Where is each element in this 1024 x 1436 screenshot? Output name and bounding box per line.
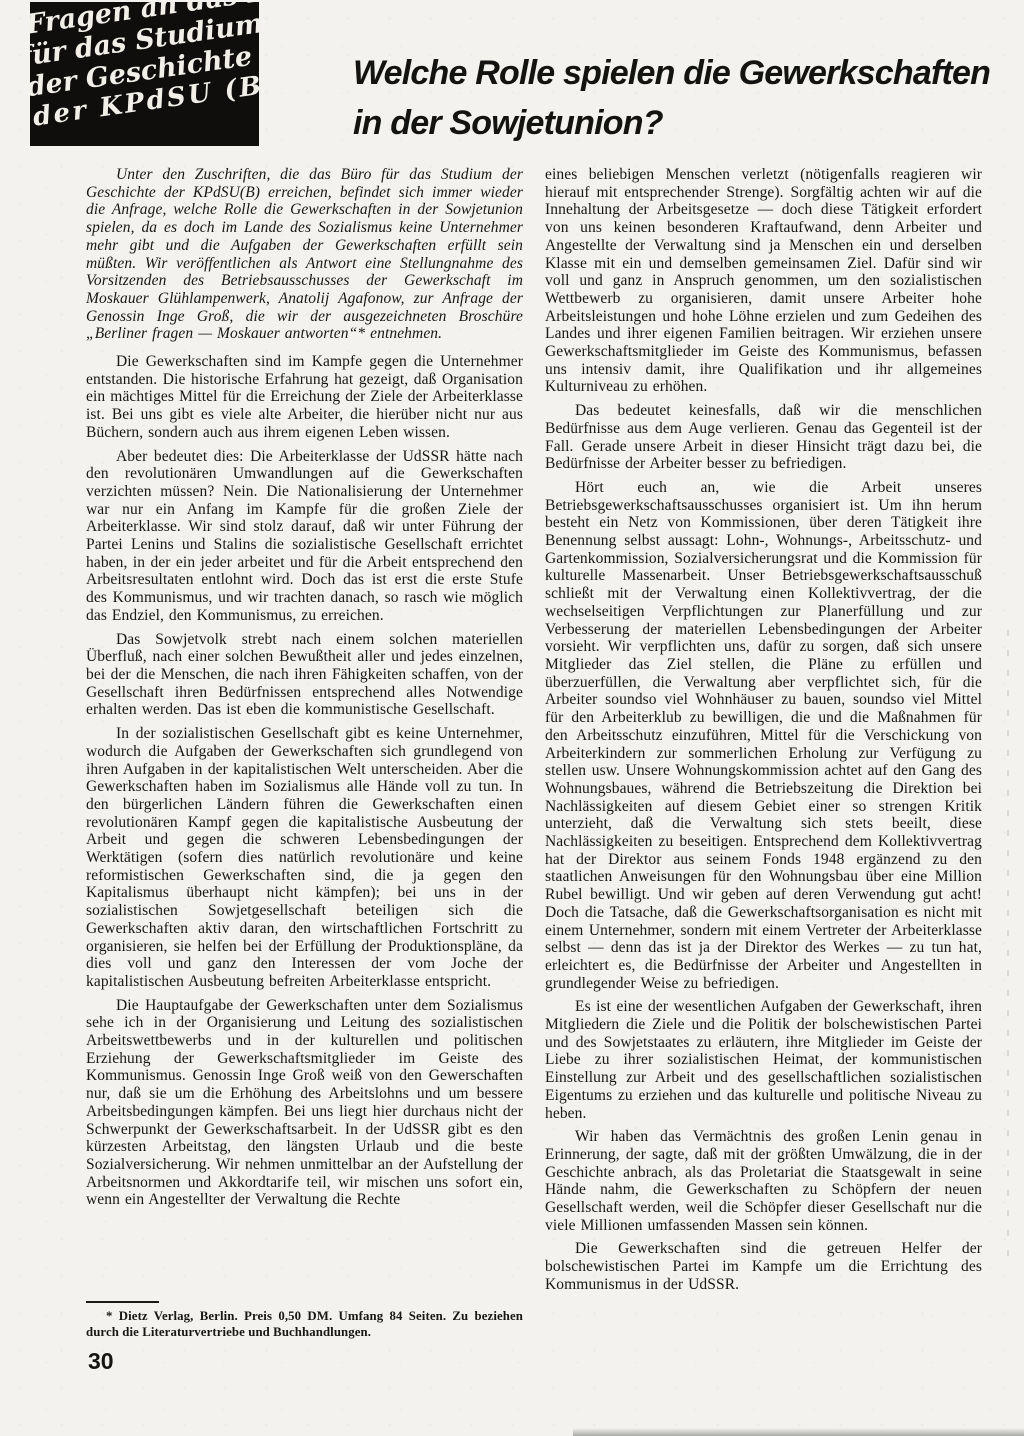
scanned-magazine-page: Fragen an das Büro für das Studium der G… bbox=[0, 0, 1024, 1436]
paragraph: Hört euch an, wie die Arbeit unseres Bet… bbox=[545, 479, 982, 992]
article-title-line2: in der Sowjetunion? bbox=[353, 104, 663, 142]
paragraph: In der sozialistischen Gesellschaft gibt… bbox=[86, 725, 523, 991]
left-column: Unter den Zuschriften, die das Büro für … bbox=[86, 166, 523, 1296]
paragraph-continuation: eines beliebigen Menschen verletzt (nöti… bbox=[545, 166, 982, 396]
rubric-banner-script: Fragen an das Büro für das Studium der G… bbox=[30, 2, 259, 133]
scan-shadow bbox=[573, 1428, 1024, 1436]
paragraph: Es ist eine der wesentlichen Aufgaben de… bbox=[545, 998, 982, 1122]
footnote-text: * Dietz Verlag, Berlin. Preis 0,50 DM. U… bbox=[86, 1309, 523, 1340]
paragraph: Wir haben das Vermächtnis des großen Len… bbox=[545, 1128, 982, 1234]
intro-paragraph: Unter den Zuschriften, die das Büro für … bbox=[86, 166, 523, 343]
footnote-rule bbox=[86, 1301, 159, 1303]
right-column: eines beliebigen Menschen verletzt (nöti… bbox=[545, 166, 982, 1338]
paragraph: Die Gewerkschaften sind die getreuen Hel… bbox=[545, 1240, 982, 1293]
footnote: * Dietz Verlag, Berlin. Preis 0,50 DM. U… bbox=[86, 1301, 523, 1340]
scan-artifact-line bbox=[1007, 630, 1009, 1270]
paragraph: Das Sowjetvolk strebt nach einem solchen… bbox=[86, 631, 523, 720]
article-title: Welche Rolle spielen die Gewerkschaften … bbox=[353, 48, 1013, 148]
paragraph: Die Gewerkschaften sind im Kampfe gegen … bbox=[86, 353, 523, 442]
paragraph: Aber bedeutet dies: Die Arbeiterklasse d… bbox=[86, 448, 523, 625]
rubric-banner: Fragen an das Büro für das Studium der G… bbox=[30, 2, 259, 146]
paragraph: Das bedeutet keinesfalls, daß wir die me… bbox=[545, 402, 982, 473]
page-number: 30 bbox=[88, 1348, 114, 1375]
article-title-line1: Welche Rolle spielen die Gewerkschaften bbox=[353, 54, 990, 92]
paragraph: Die Hauptaufgabe der Gewerkschaften unte… bbox=[86, 997, 523, 1209]
